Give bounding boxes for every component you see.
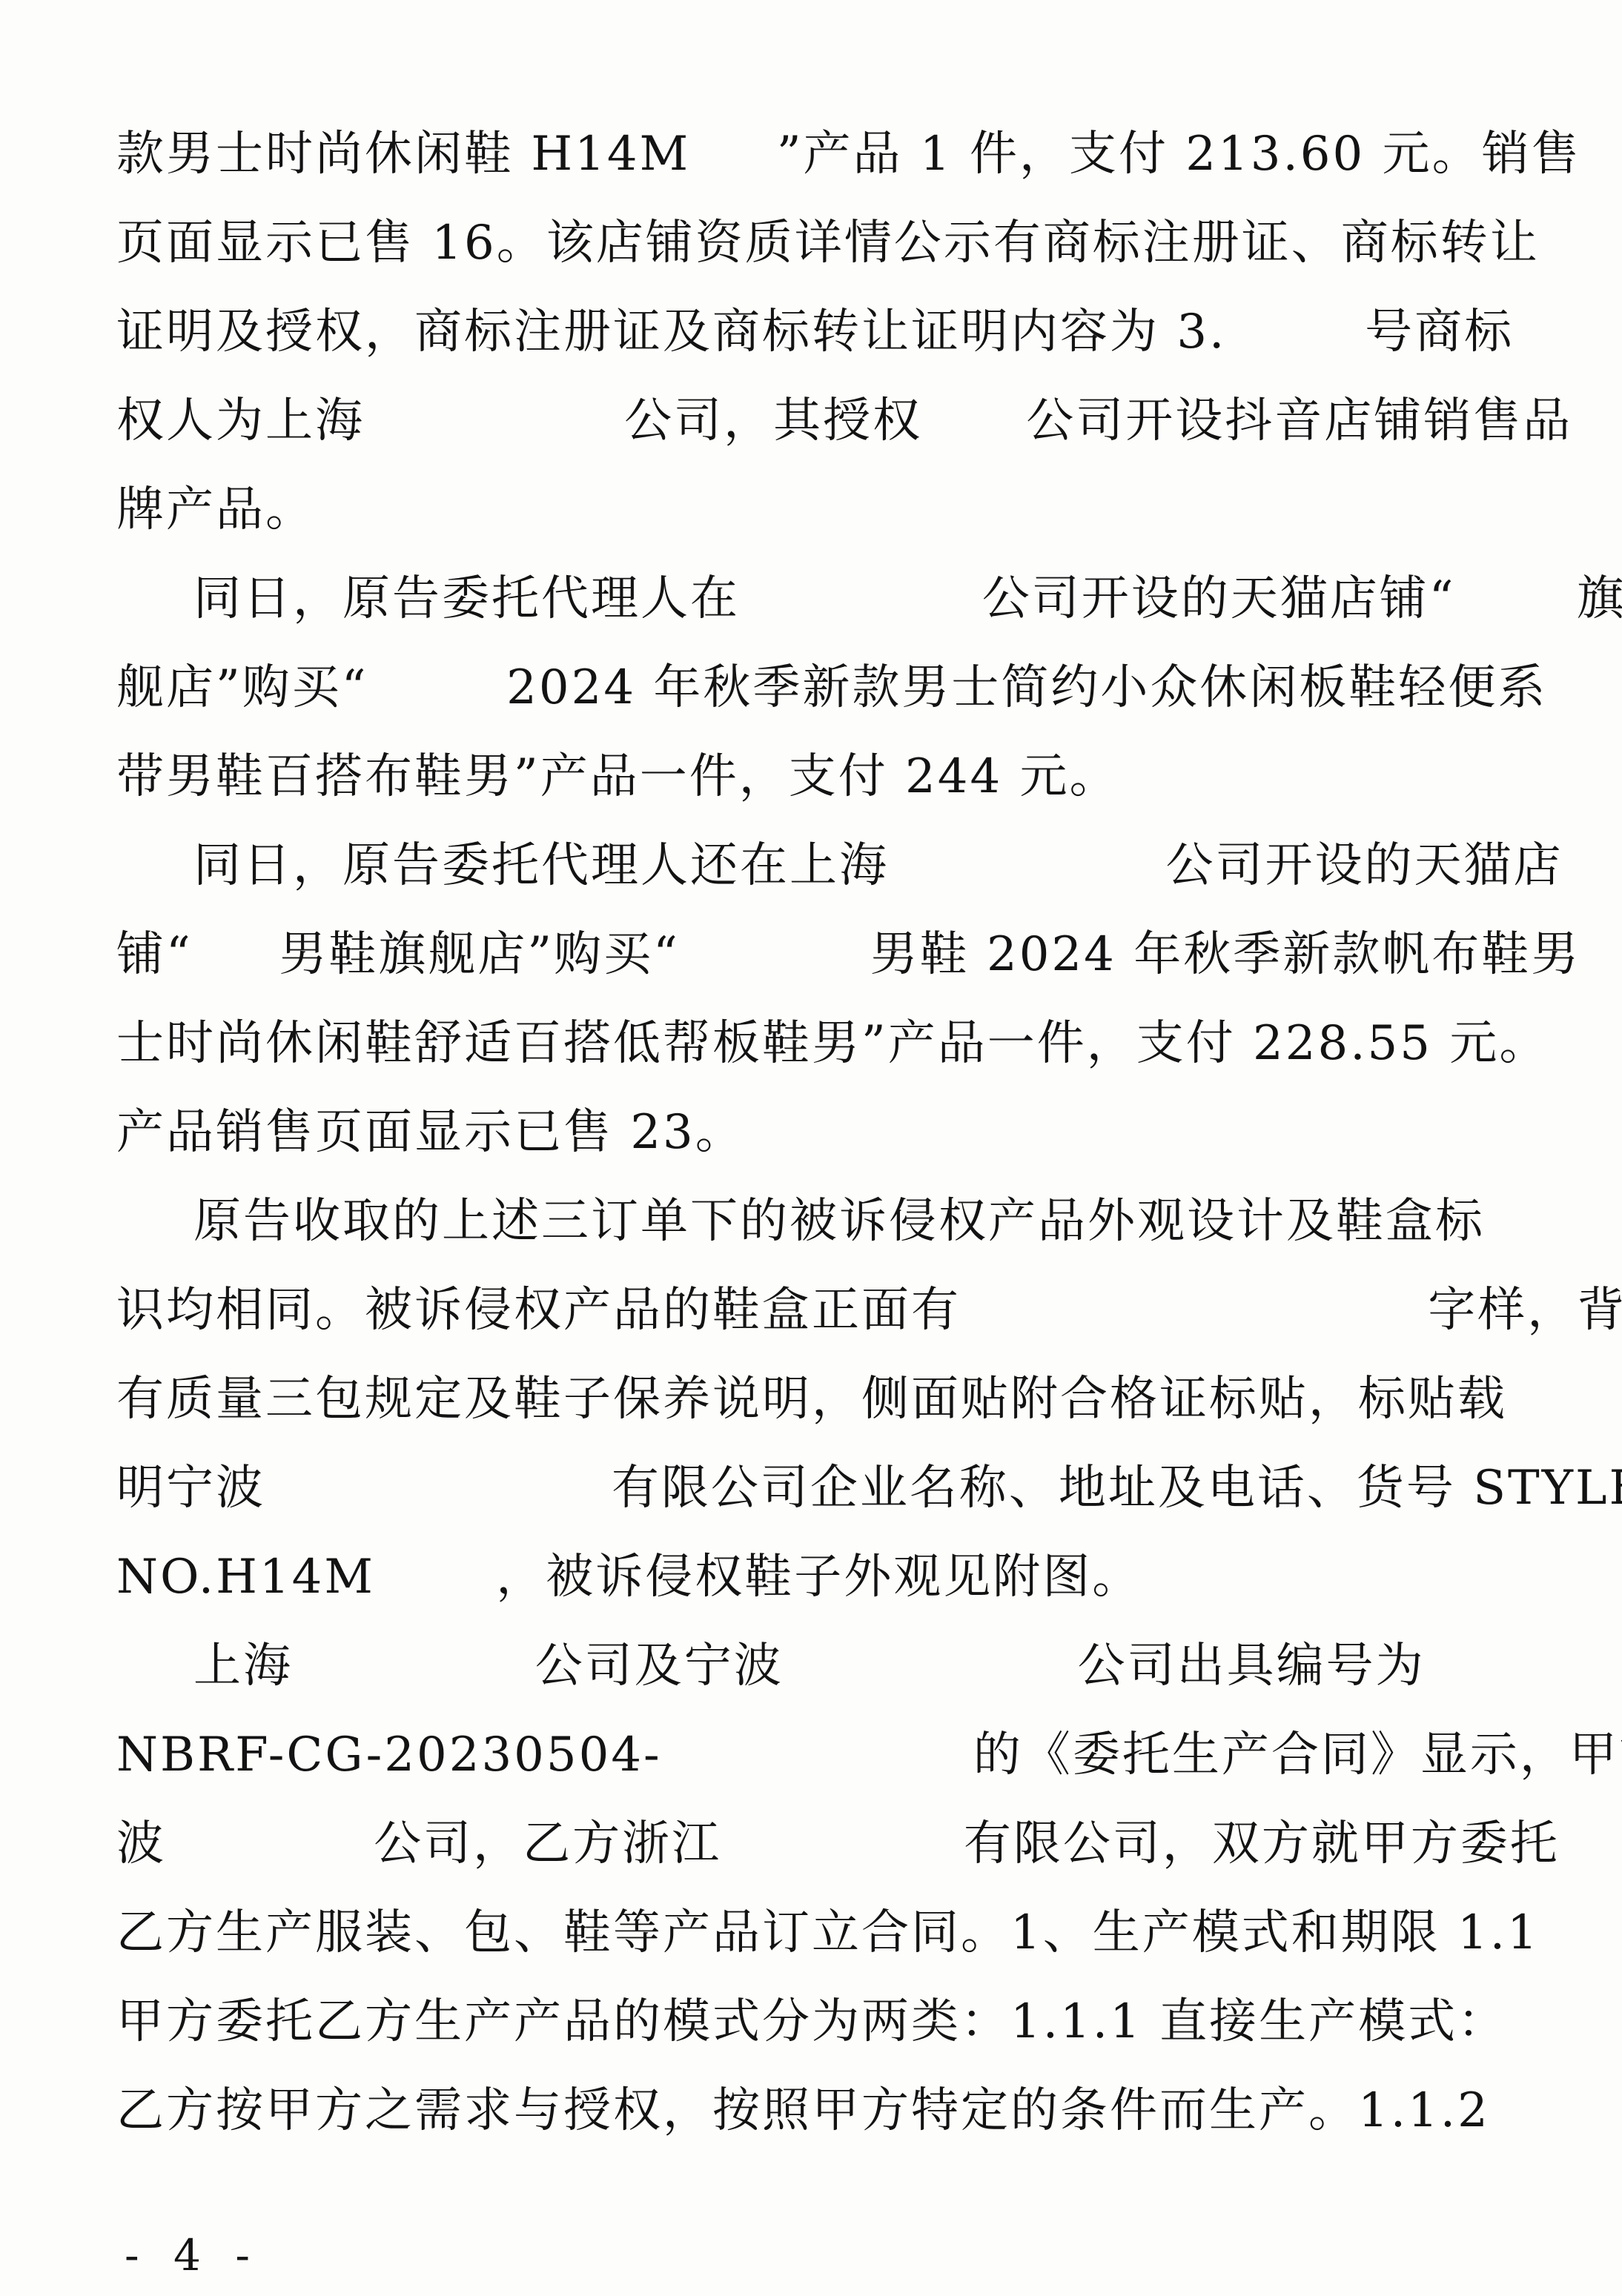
text-line: 证明及授权，商标注册证及商标转让证明内容为 3. 号商标	[116, 288, 1515, 376]
text-line: 有质量三包规定及鞋子保养说明，侧面贴附合格证标贴，标贴载	[116, 1355, 1515, 1444]
text-line: 原告收取的上述三订单下的被诉侵权产品外观设计及鞋盒标	[116, 1177, 1515, 1266]
text-line: 乙方按甲方之需求与授权，按照甲方特定的条件而生产。1.1.2	[116, 2066, 1515, 2155]
text-line: 铺“ 男鞋旗舰店”购买“ 男鞋 2024 年秋季新款帆布鞋男	[116, 910, 1515, 999]
text-line: 同日，原告委托代理人在 公司开设的天猫店铺“ 旗	[116, 554, 1515, 643]
text-line: 舰店”购买“ 2024 年秋季新款男士简约小众休闲板鞋轻便系	[116, 643, 1515, 732]
text-line: 乙方生产服装、包、鞋等产品订立合同。1、生产模式和期限 1.1	[116, 1888, 1515, 1977]
text-line: NO.H14M ，被诉侵权鞋子外观见附图。	[116, 1533, 1515, 1622]
text-line: 上海 公司及宁波 公司出具编号为	[116, 1622, 1515, 1711]
text-line: 甲方委托乙方生产产品的模式分为两类：1.1.1 直接生产模式：	[116, 1977, 1515, 2066]
text-line: 士时尚休闲鞋舒适百搭低帮板鞋男”产品一件，支付 228.55 元。	[116, 999, 1515, 1088]
text-line: 带男鞋百搭布鞋男”产品一件，支付 244 元。	[116, 732, 1515, 821]
text-line: NBRF-CG-20230504- 的《委托生产合同》显示，甲方宁	[116, 1711, 1515, 1799]
text-line: 牌产品。	[116, 465, 1515, 554]
text-line: 波 公司，乙方浙江 有限公司，双方就甲方委托	[116, 1799, 1515, 1888]
page-number: - 4 -	[125, 2222, 260, 2289]
text-line: 页面显示已售 16。该店铺资质详情公示有商标注册证、商标转让	[116, 199, 1515, 288]
text-line: 明宁波 有限公司企业名称、地址及电话、货号 STYLE	[116, 1444, 1515, 1533]
document-page: 款男士时尚休闲鞋 H14M ”产品 1 件，支付 213.60 元。销售 页面显…	[0, 0, 1622, 2296]
text-line: 产品销售页面显示已售 23。	[116, 1088, 1515, 1177]
text-line: 识均相同。被诉侵权产品的鞋盒正面有 字样，背面	[116, 1266, 1515, 1355]
text-line: 权人为上海 公司，其授权 公司开设抖音店铺销售品	[116, 376, 1515, 465]
document-text-block: 款男士时尚休闲鞋 H14M ”产品 1 件，支付 213.60 元。销售 页面显…	[116, 110, 1515, 2155]
text-line: 款男士时尚休闲鞋 H14M ”产品 1 件，支付 213.60 元。销售	[116, 110, 1515, 199]
text-line: 同日，原告委托代理人还在上海 公司开设的天猫店	[116, 821, 1515, 910]
